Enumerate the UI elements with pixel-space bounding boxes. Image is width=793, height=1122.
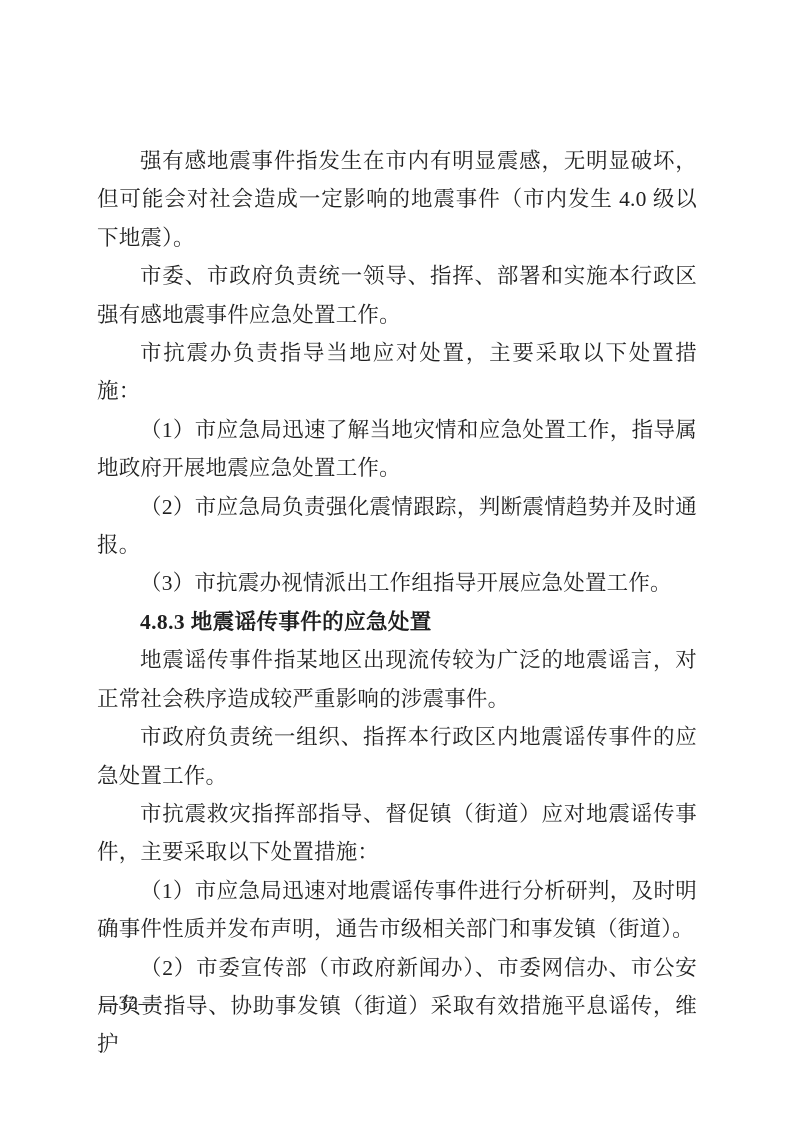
page-number: —32— [99,993,158,1014]
body-paragraph: （1）市应急局迅速对地震谣传事件进行分析研判，及时明确事件性质并发布声明，通告市… [97,872,697,949]
page-footer: —32— [99,992,158,1016]
body-paragraph: 地震谣传事件指某地区出现流传较为广泛的地震谣言，对正常社会秩序造成较严重影响的涉… [97,641,697,718]
body-paragraph: 强有感地震事件指发生在市内有明显震感，无明显破坏，但可能会对社会造成一定影响的地… [97,142,697,257]
body-paragraph: （1）市应急局迅速了解当地灾情和应急处置工作，指导属地政府开展地震应急处置工作。 [97,411,697,488]
document-page: 强有感地震事件指发生在市内有明显震感，无明显破坏，但可能会对社会造成一定影响的地… [0,0,793,1122]
body-paragraph: （2）市委宣传部（市政府新闻办）、市委网信办、市公安局负责指导、协助事发镇（街道… [97,949,697,1064]
body-paragraph: 市抗震救灾指挥部指导、督促镇（街道）应对地震谣传事件，主要采取以下处置措施： [97,795,697,872]
body-paragraph: 市委、市政府负责统一领导、指挥、部署和实施本行政区强有感地震事件应急处置工作。 [97,257,697,334]
body-paragraph: 市政府负责统一组织、指挥本行政区内地震谣传事件的应急处置工作。 [97,718,697,795]
body-paragraph: （3）市抗震办视情派出工作组指导开展应急处置工作。 [97,564,697,602]
document-body: 强有感地震事件指发生在市内有明显震感，无明显破坏，但可能会对社会造成一定影响的地… [97,142,697,1064]
body-paragraph: （2）市应急局负责强化震情跟踪，判断震情趋势并及时通报。 [97,488,697,565]
body-paragraph: 市抗震办负责指导当地应对处置，主要采取以下处置措施： [97,334,697,411]
section-heading: 4.8.3 地震谣传事件的应急处置 [97,603,697,641]
